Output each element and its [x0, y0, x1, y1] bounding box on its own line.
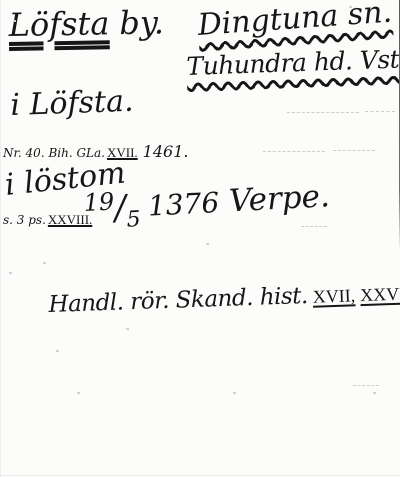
- date-month: 5: [126, 207, 141, 233]
- attestation-source: s. 3 ps.XXVIII.: [3, 212, 92, 228]
- scan-noise: [43, 262, 46, 264]
- source-text: s. 3 ps.: [3, 213, 46, 227]
- scan-noise: [365, 111, 395, 112]
- scan-noise: [373, 392, 376, 394]
- scribe-name: Verpe.: [228, 178, 330, 219]
- scan-noise: [301, 226, 327, 227]
- scan-noise: [333, 150, 375, 151]
- archive-card: Löfstaby. Dingtuna sn. Tuhundra hd. Vst.…: [0, 0, 400, 477]
- scan-noise: [233, 392, 236, 394]
- headword-type: by.: [119, 3, 164, 42]
- reference-text: Handl. rör. Skand. hist.: [48, 283, 308, 318]
- hundred-name: Tuhundra hd. Vst.: [186, 44, 400, 81]
- headword-line: Löfstaby.: [8, 3, 164, 44]
- reference-volume: XVII,: [312, 285, 355, 306]
- date-day: 19: [83, 187, 115, 217]
- source-year: 1461.: [143, 142, 189, 161]
- reference-line: Handl. rör. Skand. hist.XVII,XXVIII.: [48, 279, 400, 318]
- source-text: Nr. 40. Bih. GLa.: [3, 146, 105, 160]
- scan-noise: [126, 328, 129, 330]
- scan-noise: [9, 272, 12, 274]
- parish-name: Dingtuna sn.: [197, 0, 394, 43]
- scan-noise: [77, 392, 80, 394]
- scan-noise: [56, 350, 59, 352]
- attestation-form: i Löfsta.: [10, 84, 134, 123]
- scan-noise: [353, 385, 379, 386]
- scan-edge-line: [1, 475, 400, 476]
- date-separator: /: [114, 188, 128, 229]
- scan-noise: [349, 6, 352, 8]
- reference-volume: XXVIII.: [360, 283, 400, 305]
- headword: Löfsta: [8, 4, 109, 44]
- scan-noise: [206, 243, 209, 245]
- date-year: 1376: [147, 186, 220, 223]
- scan-noise: [263, 151, 325, 152]
- scan-noise: [287, 112, 359, 113]
- scan-noise: [13, 20, 16, 22]
